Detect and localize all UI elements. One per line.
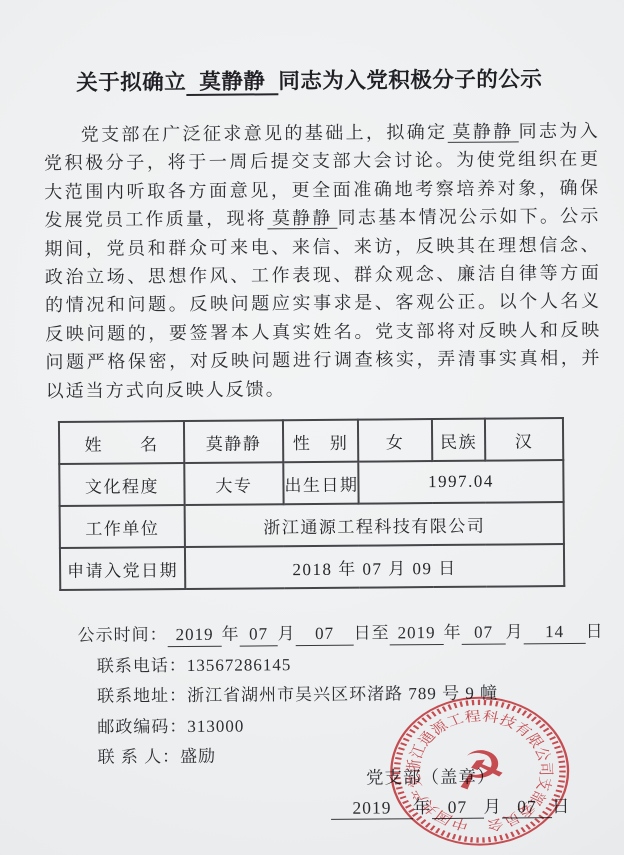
gender-value-cell: 女: [358, 419, 432, 462]
signature-day: 07: [502, 795, 552, 818]
page-title: 关于拟确立莫静静同志为入党积极分子的公示: [21, 62, 597, 98]
contact-label: 联 系 人：: [98, 747, 181, 767]
gender-label-cell: 性 别: [283, 420, 358, 463]
address-label: 联系地址：: [97, 686, 187, 706]
month-char: 月: [278, 624, 296, 643]
day-char: 日: [586, 622, 604, 641]
year-char: 年: [222, 625, 240, 644]
candidate-name-1: 莫静静: [447, 121, 518, 143]
year-char: 年: [413, 797, 432, 817]
day-char: 日: [552, 796, 571, 816]
title-prefix: 关于拟确立: [76, 70, 186, 95]
month-char: 月: [483, 797, 502, 817]
title-suffix: 同志为入党积极分子的公示: [278, 67, 542, 93]
birthdate-label-cell: 出生日期: [283, 462, 358, 505]
signature-month: 07: [431, 796, 483, 819]
period-from-month: 07: [240, 623, 278, 646]
personal-info-table: 姓 名 莫静静 性 别 女 民族 汉 文化程度 大专 出生日期 1997.04 …: [58, 417, 565, 591]
table-row: 工作单位 浙江通源工程科技有限公司: [60, 502, 564, 548]
body-paragraph: 党支部在广泛征求意见的基础上，拟确定莫静静同志为入党积极分子，将于一周后提交支部…: [44, 117, 602, 405]
phone-label: 联系电话：: [97, 656, 187, 676]
paragraph-segment-3: 同志基本情况公示如下。公示期间，党员和群众可来电、来信、来访，反映其在理想信念、…: [45, 206, 602, 401]
signature-block: 党支部（盖章） 2019年07月07日: [331, 763, 569, 820]
period-to-day: 14: [524, 621, 586, 644]
phone-value: 13567286145: [187, 655, 292, 675]
name-value-cell: 莫静静: [184, 420, 283, 463]
address-value: 浙江省湖州市吴兴区环渚路 789 号 9 幢: [187, 684, 498, 705]
contact-value: 盛励: [180, 747, 216, 766]
paragraph-segment-1: 党支部在广泛征求意见的基础上，拟确定: [81, 122, 448, 145]
address-line: 联系地址：浙江省湖州市吴兴区环渚路 789 号 9 幢: [97, 678, 624, 713]
table-row: 文化程度 大专 出生日期 1997.04: [59, 460, 563, 506]
signature-date-line: 2019年07月07日: [331, 793, 569, 820]
period-from-day: 07: [296, 623, 354, 646]
table-row: 申请入党日期 2018 年 07 月 09 日: [60, 544, 564, 590]
name-label-cell: 姓 名: [59, 421, 184, 464]
candidate-name-2: 莫静静: [267, 208, 338, 230]
ethnicity-label-cell: 民族: [432, 419, 485, 461]
ethnicity-value-cell: 汉: [485, 418, 563, 461]
birthdate-value-cell: 1997.04: [358, 460, 563, 504]
document-sheet: 关于拟确立莫静静同志为入党积极分子的公示 党支部在广泛征求意见的基础上，拟确定莫…: [0, 0, 624, 855]
month-char: 月: [506, 622, 524, 641]
phone-line: 联系电话：13567286145: [97, 647, 624, 682]
postal-line: 邮政编码：313000: [97, 708, 624, 743]
application-date-label-cell: 申请入党日期: [60, 547, 185, 590]
signature-year: 2019: [331, 796, 413, 820]
employer-label-cell: 工作单位: [60, 505, 185, 548]
period-label: 公示时间：: [78, 625, 168, 645]
period-to-month: 07: [462, 622, 506, 645]
publicity-period-line: 公示时间：2019年07月07日至2019年07月14日: [78, 617, 624, 652]
education-value-cell: 大专: [184, 462, 283, 505]
period-to-year: 2019: [390, 622, 444, 645]
table-row: 姓 名 莫静静 性 别 女 民族 汉: [59, 418, 563, 464]
postal-label: 邮政编码：: [97, 717, 187, 737]
employer-value-cell: 浙江通源工程科技有限公司: [185, 502, 564, 547]
title-candidate-name: 莫静静: [186, 69, 278, 96]
period-from-year: 2019: [168, 624, 222, 647]
application-date-value-cell: 2018 年 07 月 09 日: [185, 544, 564, 589]
postal-value: 313000: [187, 716, 244, 735]
to-char: 日至: [354, 623, 390, 642]
year-char: 年: [444, 623, 462, 642]
branch-seal-line: 党支部（盖章）: [331, 763, 569, 790]
notice-block: 公示时间：2019年07月07日至2019年07月14日 联系电话：135672…: [78, 617, 624, 774]
education-label-cell: 文化程度: [59, 463, 184, 506]
